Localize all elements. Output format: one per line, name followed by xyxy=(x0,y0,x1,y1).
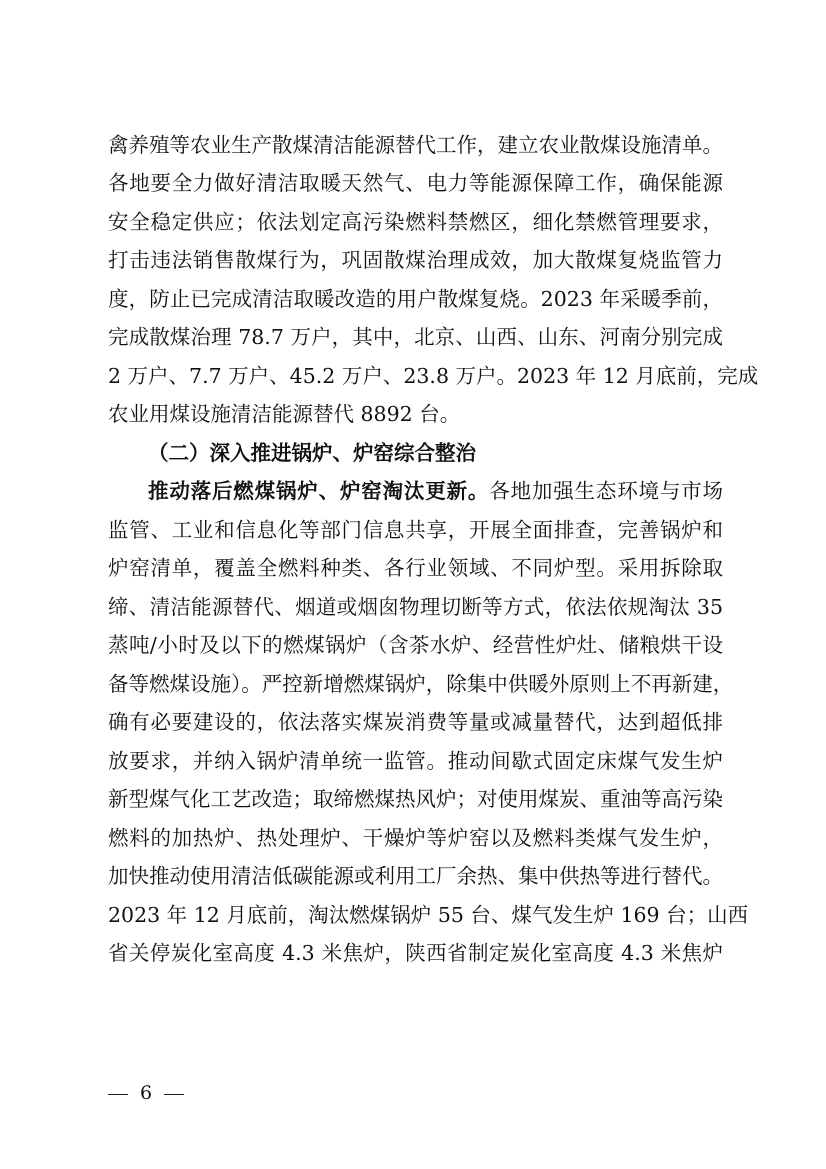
dash-left xyxy=(108,1094,128,1095)
text-line: 缔、清洁能源替代、烟道或烟囱物理切断等方式，依法依规淘汰 35 xyxy=(108,592,723,622)
paragraph-lead-bold: 推动落后燃煤锅炉、炉窑淘汰更新。 xyxy=(148,479,489,503)
text-line: 新型煤气化工艺改造；取缔燃煤热风炉；对使用煤炭、重油等高污染 xyxy=(108,784,723,814)
text-line: 度，防止已完成清洁取暖改造的用户散煤复烧。2023 年采暖季前， xyxy=(108,284,723,314)
text-line: 加快推动使用清洁低碳能源或利用工厂余热、集中供热等进行替代。 xyxy=(108,861,723,891)
text-line: 备等燃煤设施）。严控新增燃煤锅炉，除集中供暖外原则上不再新建， xyxy=(108,669,723,699)
paragraph-lead-rest: 各地加强生态环境与市场 xyxy=(489,479,723,503)
text-line: 确有必要建设的，依法落实煤炭消费等量或减量替代，达到超低排 xyxy=(108,707,723,737)
paragraph-lead-line: 推动落后燃煤锅炉、炉窑淘汰更新。各地加强生态环境与市场 xyxy=(148,476,723,506)
text-line: 禽养殖等农业生产散煤清洁能源替代工作，建立农业散煤设施清单。 xyxy=(108,130,723,160)
section-heading: （二）深入推进锅炉、炉窑综合整治 xyxy=(148,438,763,468)
text-line: 省关停炭化室高度 4.3 米焦炉，陕西省制定炭化室高度 4.3 米焦炉 xyxy=(108,938,723,968)
text-line: 各地要全力做好清洁取暖天然气、电力等能源保障工作，确保能源 xyxy=(108,168,723,198)
page-number: 6 xyxy=(140,1082,152,1104)
text-line: 农业用煤设施清洁能源替代 8892 台。 xyxy=(108,399,723,429)
text-line: 安全稳定供应；依法划定高污染燃料禁燃区，细化禁燃管理要求， xyxy=(108,207,723,237)
text-line: 炉窑清单，覆盖全燃料种类、各行业领域、不同炉型。采用拆除取 xyxy=(108,553,723,583)
page-number-footer: 6 xyxy=(108,1078,184,1108)
text-line: 燃料的加热炉、热处理炉、干燥炉等炉窑以及燃料类煤气发生炉， xyxy=(108,823,723,853)
text-line: 监管、工业和信息化等部门信息共享，开展全面排查，完善锅炉和 xyxy=(108,515,723,545)
text-line: 放要求，并纳入锅炉清单统一监管。推动间歇式固定床煤气发生炉 xyxy=(108,746,723,776)
text-line: 蒸吨/小时及以下的燃煤锅炉（含茶水炉、经营性炉灶、储粮烘干设 xyxy=(108,630,723,660)
text-line: 2 万户、7.7 万户、45.2 万户、23.8 万户。2023 年 12 月底… xyxy=(108,361,723,391)
document-page: 禽养殖等农业生产散煤清洁能源替代工作，建立农业散煤设施清单。 各地要全力做好清洁… xyxy=(0,0,826,1169)
text-line: 2023 年 12 月底前，淘汰燃煤锅炉 55 台、煤气发生炉 169 台；山西 xyxy=(108,900,723,930)
text-line: 打击违法销售散煤行为，巩固散煤治理成效，加大散煤复烧监管力 xyxy=(108,245,723,275)
dash-right xyxy=(164,1094,184,1095)
text-line: 完成散煤治理 78.7 万户，其中，北京、山西、山东、河南分别完成 xyxy=(108,322,723,352)
